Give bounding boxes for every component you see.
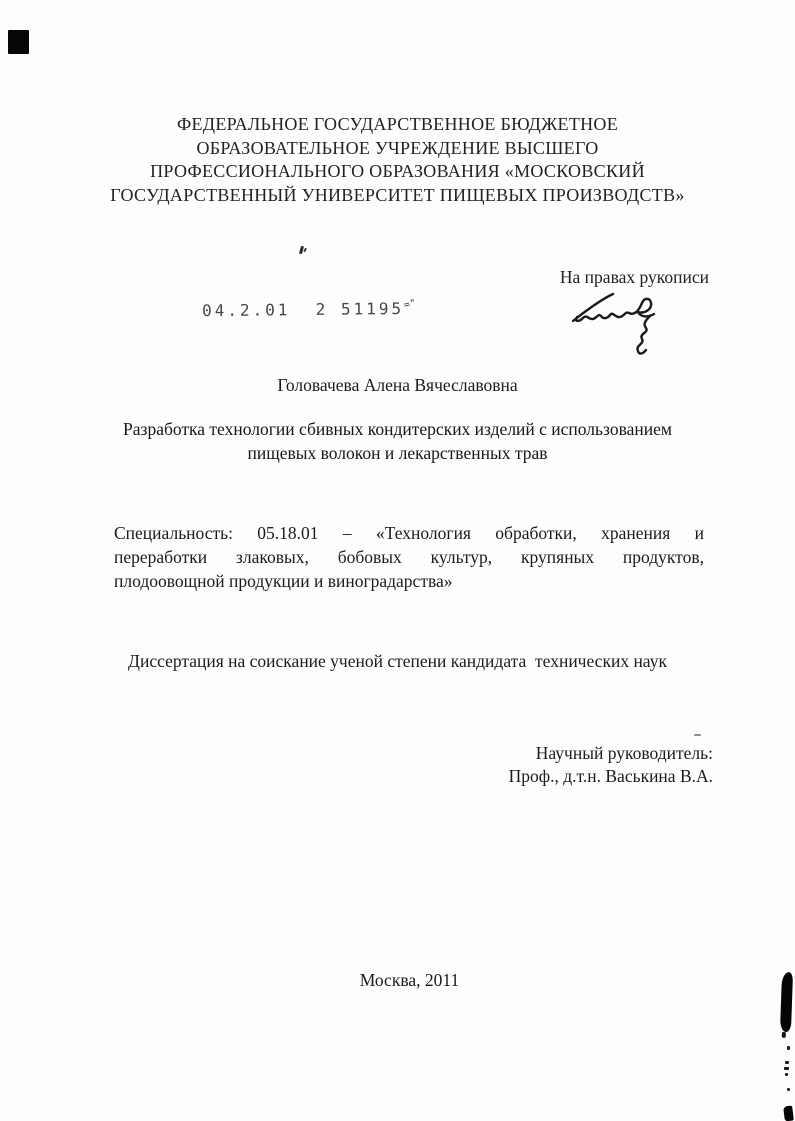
institution-header: ФЕДЕРАЛЬНОЕ ГОСУДАРСТВЕННОЕ БЮДЖЕТНОЕ ОБ… xyxy=(68,113,728,207)
supervisor-label: Научный руководитель: xyxy=(509,742,713,765)
institution-line: ФЕДЕРАЛЬНОЕ ГОСУДАРСТВЕННОЕ БЮДЖЕТНОЕ xyxy=(68,113,728,137)
specialty-line: переработки злаковых, бобовых культур, к… xyxy=(114,545,704,569)
institution-line: ОБРАЗОВАТЕЛЬНОЕ УЧРЕЖДЕНИЕ ВЫСШЕГО xyxy=(68,137,728,161)
specialty-line: Специальность: 05.18.01 – «Технология об… xyxy=(114,521,704,545)
library-stamp-number: 04.2.01 2 51195 xyxy=(202,299,404,320)
scan-artifact-speck xyxy=(694,734,701,736)
scan-artifact-edge-blob xyxy=(783,1106,794,1121)
supervisor-name: Проф., д.т.н. Васькина В.А. xyxy=(509,765,713,788)
degree-statement: Диссертация на соискание ученой степени … xyxy=(0,651,795,672)
signature-icon xyxy=(566,288,678,360)
scan-artifact-edge-cluster xyxy=(784,1061,790,1079)
author-name: Головачева Алена Вячеславовна xyxy=(0,375,795,396)
dissertation-title-line: пищевых волокон и лекарственных трав xyxy=(68,442,728,466)
scan-artifact-edge-dot xyxy=(787,1088,790,1091)
manuscript-rights-note: На правах рукописи xyxy=(560,267,709,288)
dissertation-title: Разработка технологии сбивных кондитерск… xyxy=(68,418,728,465)
specialty-line: плодоовощной продукции и виноградарства» xyxy=(114,569,704,593)
scan-artifact-tick xyxy=(299,246,304,255)
supervisor-block: Научный руководитель: Проф., д.т.н. Вась… xyxy=(509,742,713,788)
dissertation-title-line: Разработка технологии сбивных кондитерск… xyxy=(68,418,728,442)
institution-line: ПРОФЕССИОНАЛЬНОГО ОБРАЗОВАНИЯ «МОСКОВСКИ… xyxy=(68,160,728,184)
city-year: Москва, 2011 xyxy=(12,970,795,991)
institution-line: ГОСУДАРСТВЕННЫЙ УНИВЕРСИТЕТ ПИЩЕВЫХ ПРОИ… xyxy=(68,184,728,208)
specialty-paragraph: Специальность: 05.18.01 – «Технология об… xyxy=(114,521,704,593)
scan-artifact-edge-dot xyxy=(787,1046,790,1050)
scan-artifact-corner-square xyxy=(8,30,29,54)
library-stamp: 04.2.01 2 51195=" xyxy=(202,299,416,320)
library-stamp-mark: =" xyxy=(403,298,417,311)
scanned-page: ФЕДЕРАЛЬНОЕ ГОСУДАРСТВЕННОЕ БЮДЖЕТНОЕ ОБ… xyxy=(0,0,795,1121)
